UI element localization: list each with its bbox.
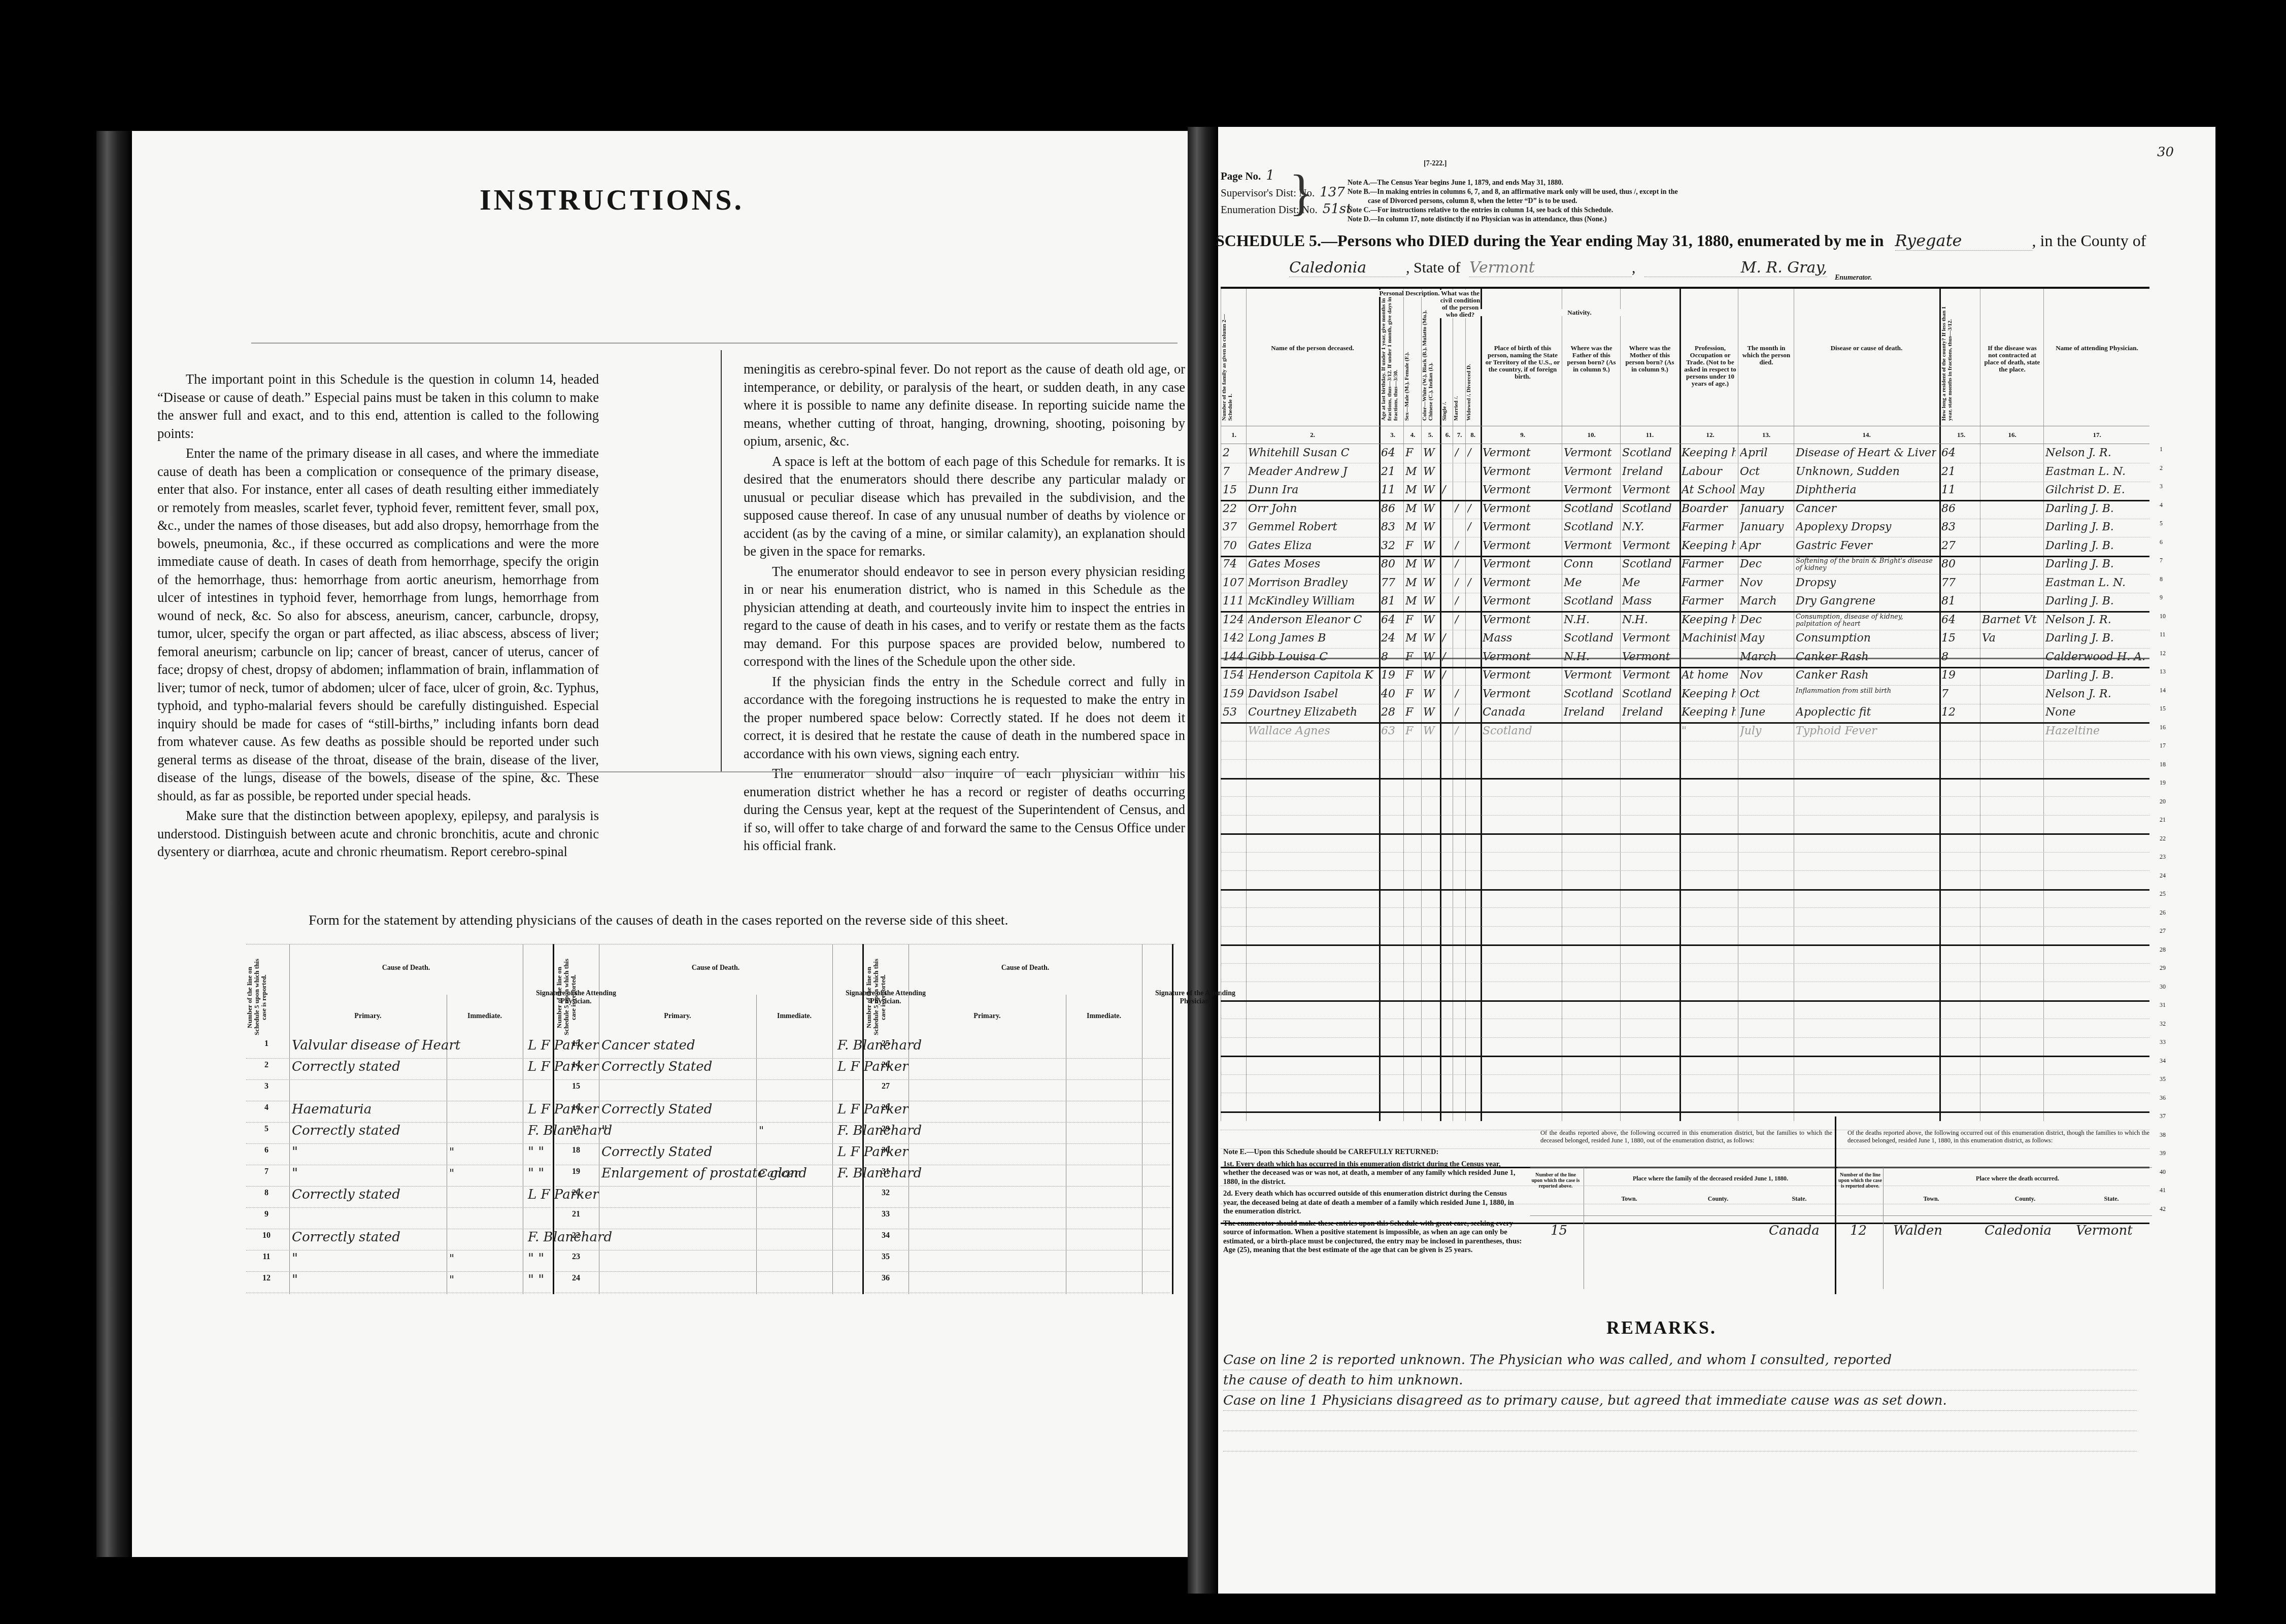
line-number: 22	[2160, 835, 2166, 842]
cell-name: Anderson Eleanor C	[1248, 614, 1376, 626]
cell-cause: Disease of Heart & Liver	[1796, 447, 1936, 459]
cell-single: /	[1442, 651, 1451, 663]
cell-birth: Vermont	[1483, 539, 1560, 552]
instructions-paragraph: The important point in this Schedule is …	[157, 370, 599, 443]
town-header: Town.	[1586, 1195, 1672, 1203]
primary-header: Primary.	[601, 1012, 754, 1021]
schedule-row: 35	[1221, 1074, 2149, 1093]
cell-sex: M	[1405, 558, 1419, 570]
instructions-paragraph: meningitis as cerebro-spinal fever. Do n…	[744, 360, 1185, 451]
line-number: 36	[865, 1274, 906, 1283]
cell-family: 22	[1223, 502, 1244, 515]
cell-month: Nov	[1740, 669, 1792, 682]
cell-resident: 64	[1941, 447, 1978, 459]
physician-form-row: 34	[865, 1227, 1170, 1250]
line-number: 25	[2160, 890, 2166, 898]
physician-form-row: 13 Cancer stated F. Blanchard	[556, 1035, 860, 1059]
physician-form-row: 18 Correctly Stated L F Parker	[556, 1142, 860, 1165]
cell-father: Scotland	[1564, 632, 1618, 645]
state-header: State.	[2073, 1195, 2149, 1203]
cell-married: /	[1455, 688, 1463, 700]
cell-father: Vermont	[1564, 539, 1618, 552]
divider	[251, 771, 1178, 772]
line-number: 32	[2160, 1020, 2166, 1028]
line-number: 3	[246, 1082, 287, 1091]
instructions-paragraph: Make sure that the distinction between a…	[157, 807, 599, 861]
cell-color: W	[1423, 447, 1437, 459]
physician-form-row: 15	[556, 1078, 860, 1101]
cell-married: /	[1455, 725, 1463, 737]
cell-age: 8	[1381, 651, 1401, 663]
cell-color: W	[1423, 521, 1437, 533]
column-number: 16.	[1980, 431, 2044, 439]
schedule-row: 774Gates Moses80MW/VermontConnScotlandFa…	[1221, 556, 2149, 574]
cell-name: Davidson Isabel	[1248, 688, 1376, 700]
immediate-cause: "	[449, 1253, 520, 1265]
line-number: 17	[556, 1125, 596, 1134]
cell-contracted: Barnet Vt	[1982, 614, 2041, 626]
primary-cause: "	[292, 1272, 444, 1288]
cell-cause: Consumption, disease of kidney, palpitat…	[1796, 614, 1936, 628]
cell-physician: Gilchrist D. E.	[2045, 484, 2147, 496]
schedule-row: 11142Long James B24MW/MassScotlandVermon…	[1221, 630, 2149, 649]
column-header: Sex—Male (M.), Female (F.).	[1404, 294, 1422, 421]
cell-color: W	[1423, 595, 1437, 607]
cell-name: Gates Moses	[1248, 558, 1376, 570]
cell-age: 81	[1381, 595, 1401, 607]
cell-occupation: Farmer	[1682, 521, 1736, 533]
column-number: 8.	[1466, 431, 1480, 439]
line-number: 12	[246, 1274, 287, 1283]
schedule-row: 29	[1221, 963, 2149, 982]
cell-married: /	[1455, 558, 1463, 570]
physician-form-row: 31	[865, 1163, 1170, 1187]
cell-age: 40	[1381, 688, 1401, 700]
cell-name: Meader Andrew J	[1248, 465, 1376, 478]
schedule-row: 16Wallace Agnes63FW/Scotland"JulyTyphoid…	[1221, 723, 2149, 741]
column-header: Disease or cause of death.	[1796, 345, 1937, 352]
supervisor-value: 137	[1320, 185, 1345, 200]
line-number: 27	[2160, 927, 2166, 935]
line-number: 41	[2160, 1187, 2166, 1194]
column-divider	[721, 350, 722, 771]
physician-form-row: 27	[865, 1078, 1170, 1101]
group-header-civil: What was the civil condition of the pers…	[1440, 290, 1481, 318]
immediate-header: Immediate.	[759, 1012, 830, 1021]
cell-mother: Scotland	[1622, 558, 1676, 570]
line-number: 25	[865, 1039, 906, 1048]
schedule-title-text: SCHEDULE 5.—Persons who DIED during the …	[1216, 231, 1884, 250]
instructions-paragraph: Enter the name of the primary disease in…	[157, 445, 599, 805]
schedule-row: 422Orr John86MW//VermontScotlandScotland…	[1221, 500, 2149, 519]
cell-cause: Consumption	[1796, 632, 1936, 645]
physician-form-row: 35	[865, 1248, 1170, 1272]
column-number: 17.	[2044, 431, 2150, 439]
column-number: 14.	[1794, 431, 1939, 439]
cell-resident: 77	[1941, 577, 1978, 589]
cell-resident: 64	[1941, 614, 1978, 626]
cell-family: 7	[1223, 465, 1244, 478]
cell-name: Henderson Capitola K	[1248, 669, 1376, 682]
cell-father: Vermont	[1564, 669, 1618, 682]
cell-age: 24	[1381, 632, 1401, 645]
cell-cause: Cancer	[1796, 502, 1936, 515]
primary-cause: "	[601, 1123, 754, 1138]
cell-resident: 80	[1941, 558, 1978, 570]
cell-sex: M	[1405, 484, 1419, 496]
physician-form-row: 12 " " " "	[246, 1270, 551, 1293]
cell-physician: None	[2045, 706, 2147, 719]
line-number: 19	[556, 1167, 596, 1176]
cell-birth: Vermont	[1483, 484, 1560, 496]
cell-physician: Darling J. B.	[2045, 539, 2147, 552]
cell-married: /	[1455, 447, 1463, 459]
cell-sex: M	[1405, 521, 1419, 533]
line-number: 8	[246, 1189, 287, 1198]
cell-age: 86	[1381, 502, 1401, 515]
line-number: 4	[2160, 501, 2163, 509]
column-number: 4.	[1404, 431, 1422, 439]
line-header: Number of the line upon which the case i…	[1530, 1172, 1581, 1189]
cell-cause: Apoplexy Dropsy	[1796, 521, 1936, 533]
line-number: 10	[246, 1231, 287, 1240]
note-e-paragraph: 1st. Every death which has occurred in t…	[1223, 1160, 1523, 1187]
cell-sex: F	[1405, 539, 1419, 552]
cell-family: 2	[1223, 447, 1244, 459]
physician-form-row: 26	[865, 1057, 1170, 1080]
instructions-paragraph: If the physician finds the entry in the …	[744, 673, 1185, 763]
line-header: Number of the line upon which the case i…	[1837, 1172, 1883, 1189]
cell-physician: Nelson J. R.	[2045, 447, 2147, 459]
line-number: 40	[2160, 1168, 2166, 1176]
state-of-label: , State of	[1406, 259, 1460, 276]
cell-age: 64	[1381, 447, 1401, 459]
immediate-cause: "	[449, 1146, 520, 1159]
schedule-title: SCHEDULE 5.—Persons who DIED during the …	[1216, 231, 2146, 251]
cell-name: Gibb Louisa C	[1248, 651, 1376, 663]
schedule-row: 14159Davidson Isabel40FW/VermontScotland…	[1221, 686, 2149, 704]
cell-age: 80	[1381, 558, 1401, 570]
cell-physician: Nelson J. R.	[2045, 614, 2147, 626]
schedule-row: 24	[1221, 871, 2149, 891]
cell-widowed: /	[1467, 577, 1477, 589]
note-b: Note B.—In making entries in columns 6, …	[1348, 188, 1678, 197]
line-number: 33	[865, 1210, 906, 1219]
line-number: 10	[2160, 613, 2166, 620]
primary-cause: Valvular disease of Heart	[292, 1038, 444, 1053]
physician-form-table: Number of the line on Schedule 5 upon wh…	[246, 944, 1185, 1299]
instructions-column-1: The important point in this Schedule is …	[157, 370, 599, 863]
cell-color: W	[1423, 502, 1437, 515]
line-number: 39	[2160, 1149, 2166, 1157]
cell-physician: Darling J. B.	[2045, 502, 2147, 515]
cell-widowed: /	[1467, 502, 1477, 515]
town-value: Ryegate	[1895, 231, 2032, 251]
column-header: Where was the Father of this person born…	[1564, 345, 1619, 373]
cell-color: W	[1423, 725, 1437, 737]
physician-form-row: 2 Correctly stated L F Parker	[246, 1057, 551, 1080]
cell-physician: Calderwood H. A.	[2045, 651, 2147, 663]
schedule-row: 22	[1221, 834, 2149, 853]
line-number: 20	[2160, 798, 2166, 805]
place-header: Place where the family of the deceased r…	[1586, 1175, 1835, 1182]
cell-name: Courtney Elizabeth	[1248, 706, 1376, 719]
cell-cause: Apoplectic fit	[1796, 706, 1936, 719]
cell-name: Gemmel Robert	[1248, 521, 1376, 533]
occurred-in-line: 15	[1551, 1223, 1567, 1238]
cell-birth: Vermont	[1483, 669, 1560, 682]
line-number: 23	[2160, 853, 2166, 861]
column-number: 11.	[1621, 431, 1679, 439]
cell-birth: Canada	[1483, 706, 1560, 719]
primary-cause: Correctly Stated	[601, 1102, 754, 1117]
note-a: Note A.—The Census Year begins June 1, 1…	[1348, 179, 1678, 188]
cell-month: January	[1740, 502, 1792, 515]
cell-resident: 7	[1941, 688, 1978, 700]
cell-widowed: /	[1467, 521, 1477, 533]
cell-physician: Eastman L. N.	[2045, 465, 2147, 478]
line-number: 9	[246, 1210, 287, 1219]
cell-birth: Vermont	[1483, 502, 1560, 515]
physician-form-row: 25	[865, 1035, 1170, 1059]
cell-name: Long James B	[1248, 632, 1376, 645]
cell-occupation: At School	[1682, 484, 1736, 496]
occurred-in-state: Canada	[1769, 1223, 1820, 1238]
cell-age: 64	[1381, 614, 1401, 626]
cell-married: /	[1455, 614, 1463, 626]
cell-cause: Diphtheria	[1796, 484, 1936, 496]
column-number: 12.	[1681, 431, 1739, 439]
cell-age: 28	[1381, 706, 1401, 719]
cause-header: Cause of Death.	[292, 964, 520, 972]
schedule-row: 10124Anderson Eleanor C64FW/VermontN.H.N…	[1221, 612, 2149, 630]
page-edge-shadow	[96, 131, 132, 1557]
district-info: Page No.1 Supervisor's Dist: No.137 Enum…	[1221, 167, 1352, 218]
column-header: If the disease was not contracted at pla…	[1982, 345, 2042, 373]
line-number: 28	[865, 1103, 906, 1112]
cell-age: 11	[1381, 484, 1401, 496]
schedule-row: 27Meader Andrew J21MWVermontVermontIrela…	[1221, 463, 2149, 482]
occurred-out-county: Caledonia	[1985, 1223, 2052, 1238]
schedule-row: 36	[1221, 1093, 2149, 1113]
cell-occupation: Machinist	[1682, 632, 1736, 645]
cell-occupation: Farmer	[1682, 558, 1736, 570]
cell-birth: Scotland	[1483, 725, 1560, 737]
cell-sex: F	[1405, 706, 1419, 719]
cell-father: Vermont	[1564, 465, 1618, 478]
physician-form-row: 32	[865, 1185, 1170, 1208]
immediate-header: Immediate.	[449, 1012, 520, 1021]
column-header: Age at last birthday. If under 1 year, g…	[1381, 294, 1405, 421]
cell-mother: Vermont	[1622, 484, 1676, 496]
cell-age: 21	[1381, 465, 1401, 478]
cell-father: Scotland	[1564, 688, 1618, 700]
deaths-occurred-out-of-district: Of the deaths reported above, the follow…	[1837, 1116, 2152, 1294]
cell-mother: Me	[1622, 577, 1676, 589]
cell-physician: Hazeltine	[2045, 725, 2147, 737]
primary-cause: Cancer stated	[601, 1038, 754, 1053]
cell-birth: Vermont	[1483, 577, 1560, 589]
column-number: 13.	[1738, 431, 1794, 439]
cell-father: Scotland	[1564, 521, 1618, 533]
cell-sex: M	[1405, 502, 1419, 515]
primary-header: Primary.	[911, 1012, 1063, 1021]
line-number: 5	[246, 1125, 287, 1134]
cell-family: 124	[1223, 614, 1244, 626]
cell-physician: Darling J. B.	[2045, 595, 2147, 607]
remark-line-blank	[1223, 1434, 2137, 1451]
cell-month: Oct	[1740, 465, 1792, 478]
line-number: 32	[865, 1189, 906, 1198]
line-number: 2	[246, 1061, 287, 1070]
cell-birth: Vermont	[1483, 558, 1560, 570]
line-number: 26	[865, 1061, 906, 1070]
cell-color: W	[1423, 484, 1437, 496]
immediate-cause: "	[449, 1274, 520, 1287]
cell-resident: 11	[1941, 484, 1978, 496]
line-number: 4	[246, 1103, 287, 1112]
cell-single: /	[1442, 632, 1451, 645]
physician-form-block: Number of the line on Schedule 5 upon wh…	[556, 944, 865, 1299]
line-number: 7	[246, 1167, 287, 1176]
physician-form-row: 5 Correctly stated F. Blanchard	[246, 1121, 551, 1144]
page-stamp: 30	[2157, 145, 2174, 160]
line-number: 11	[2160, 631, 2166, 638]
physician-form-row: 9	[246, 1206, 551, 1229]
schedule-row: 20	[1221, 797, 2149, 816]
cell-month: March	[1740, 651, 1792, 663]
physician-form-row: 3	[246, 1078, 551, 1101]
cell-birth: Vermont	[1483, 651, 1560, 663]
cell-cause: Gastric Fever	[1796, 539, 1936, 552]
physician-form-row: 21	[556, 1206, 860, 1229]
deaths-occurred-in-district: Of the deaths reported above, the follow…	[1530, 1116, 1835, 1294]
cell-father: N.H.	[1564, 614, 1618, 626]
cell-color: W	[1423, 669, 1437, 682]
cell-mother: Ireland	[1622, 465, 1676, 478]
line-number: 21	[556, 1210, 596, 1219]
line-number: 27	[865, 1082, 906, 1091]
place-header: Place where the death occurred.	[1886, 1175, 2149, 1182]
line-number: 31	[865, 1167, 906, 1176]
instructions-column-2: meningitis as cerebro-spinal fever. Do n…	[744, 360, 1185, 857]
physician-form-row: 11 " " " "	[246, 1248, 551, 1272]
remarks-title: REMARKS.	[1606, 1317, 1717, 1338]
cell-color: W	[1423, 465, 1437, 478]
physician-form-row: 14 Correctly Stated L F Parker	[556, 1057, 860, 1080]
cell-month: Apr	[1740, 539, 1792, 552]
occurred-in-intro: Of the deaths reported above, the follow…	[1530, 1116, 1835, 1144]
primary-cause: Correctly stated	[292, 1123, 444, 1138]
cell-month: March	[1740, 595, 1792, 607]
note-e-title: Note E.—Upon this Schedule should be CAR…	[1223, 1148, 1523, 1157]
cell-mother: Scotland	[1622, 447, 1676, 459]
cell-father: Vermont	[1564, 484, 1618, 496]
schedule-row: 27	[1221, 926, 2149, 946]
book-gutter	[1188, 127, 1218, 1594]
physician-form-row: 23	[556, 1248, 860, 1272]
line-number: 21	[2160, 816, 2166, 824]
county-header: County.	[1675, 1195, 1761, 1203]
column-header: Where was the Mother of this person born…	[1623, 345, 1677, 373]
cell-sex: M	[1405, 632, 1419, 645]
physician-form-row: 28	[865, 1099, 1170, 1123]
instructions-title: INSTRUCTIONS.	[480, 183, 744, 217]
schedule-row: 23	[1221, 852, 2149, 871]
line-number: 30	[2160, 983, 2166, 991]
cell-resident: 15	[1941, 632, 1978, 645]
cell-father: Conn	[1564, 558, 1618, 570]
immediate-cause: Cancer	[759, 1167, 830, 1180]
physician-form-row: 19 Enlargement of prostate gland Cancer …	[556, 1163, 860, 1187]
line-number: 20	[556, 1189, 596, 1198]
physician-form-row: 8 Correctly stated L F Parker	[246, 1185, 551, 1208]
cell-occupation: Keeping house	[1682, 539, 1736, 552]
cell-married: /	[1455, 595, 1463, 607]
schedule-row: 25	[1221, 889, 2149, 908]
cell-physician: Darling J. B.	[2045, 669, 2147, 682]
cell-color: W	[1423, 539, 1437, 552]
cell-color: W	[1423, 706, 1437, 719]
cell-mother: N.Y.	[1622, 521, 1676, 533]
cell-cause: Dry Gangrene	[1796, 595, 1936, 607]
cell-sex: F	[1405, 651, 1419, 663]
cell-name: Whitehill Susan C	[1248, 447, 1376, 459]
line-number: 19	[2160, 779, 2166, 787]
line-number: 1	[246, 1039, 287, 1048]
cell-family: 144	[1223, 651, 1244, 663]
cell-occupation: At home	[1682, 669, 1736, 682]
line-number: 22	[556, 1231, 596, 1240]
section-divider	[1835, 1116, 1836, 1294]
cell-month: July	[1740, 725, 1792, 737]
cell-resident: 21	[1941, 465, 1978, 478]
schedule-row: 1553Courtney Elizabeth28FW/CanadaIreland…	[1221, 704, 2149, 724]
cell-cause: Inflammation from still birth	[1796, 688, 1936, 695]
instructions-paragraph: The enumerator should endeavor to see in…	[744, 563, 1185, 671]
cell-sex: F	[1405, 669, 1419, 682]
schedule-row: 17	[1221, 741, 2149, 760]
line-number: 36	[2160, 1094, 2166, 1102]
line-number: 3	[2160, 483, 2163, 490]
column-number: 1.	[1221, 431, 1247, 439]
cell-month: Nov	[1740, 577, 1792, 589]
cause-header: Cause of Death.	[911, 964, 1139, 972]
county-of-label: , in the County of	[2032, 231, 2146, 250]
cell-father: N.H.	[1564, 651, 1618, 663]
line-number: 2	[2160, 464, 2163, 472]
cell-mother: Vermont	[1622, 651, 1676, 663]
primary-cause: Correctly Stated	[601, 1059, 754, 1074]
immediate-cause: "	[449, 1167, 520, 1180]
column-header: How long a resident of the county? If le…	[1941, 294, 1981, 421]
physician-form-row: 4 Haematuria L F Parker	[246, 1099, 551, 1123]
primary-cause: "	[292, 1144, 444, 1160]
cell-occupation: Farmer	[1682, 595, 1736, 607]
county-value: Caledonia	[1289, 259, 1406, 277]
cell-married: /	[1455, 502, 1463, 515]
column-header: Name of the person deceased.	[1249, 345, 1376, 352]
cell-birth: Vermont	[1483, 688, 1560, 700]
physician-form-row: 7 " " " "	[246, 1163, 551, 1187]
physician-form-row: 33	[865, 1206, 1170, 1229]
physician-form-row: 20	[556, 1185, 860, 1208]
line-number: 31	[2160, 1001, 2166, 1009]
physician-form-row: 10 Correctly stated F. Blanchard	[246, 1227, 551, 1250]
county-header: County.	[1979, 1195, 2071, 1203]
cell-birth: Vermont	[1483, 447, 1560, 459]
note-d: Note D.—In column 17, note distinctly if…	[1348, 215, 1678, 224]
